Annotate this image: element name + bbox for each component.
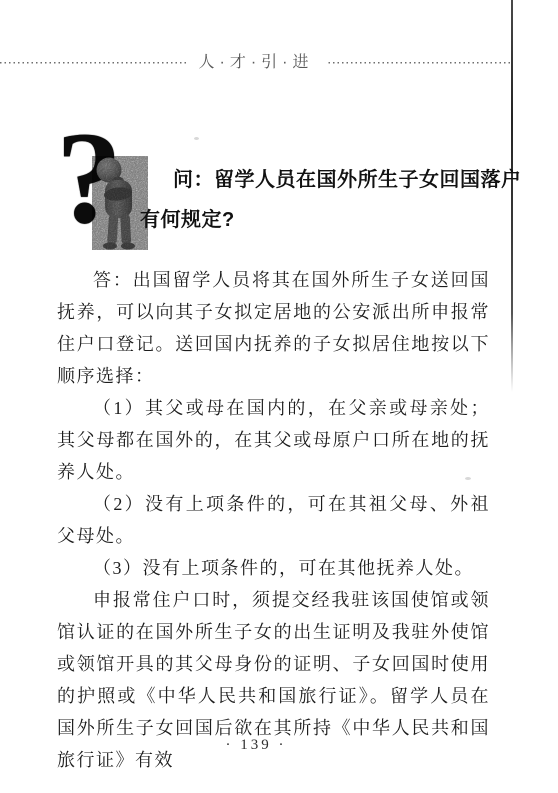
question-text-line-2: 有何规定? <box>140 200 522 240</box>
page-number: · 139 · <box>0 737 512 754</box>
chapter-running-title: 人·才·引·进 <box>187 53 326 72</box>
book-page: 人·才·引·进 ? <box>0 0 558 793</box>
question-text: 问：留学人员在国外所生子女回国落户 有何规定? <box>140 160 522 240</box>
answer-paragraph-item-3: （3）没有上项条件的，可在其他抚养人处。 <box>57 552 490 584</box>
question-text-line-1: 问：留学人员在国外所生子女回国落户 <box>140 160 522 200</box>
answer-paragraph-item-1: （1）其父或母在国内的，在父亲或母亲处；其父母都在国外的，在其父或母原户口所在地… <box>57 392 490 488</box>
scan-speck <box>194 137 199 140</box>
answer-text: 答：出国留学人员将其在国外所生子女送回国抚养，可以向其子女拟定居地的公安派出所申… <box>57 264 490 776</box>
answer-paragraph-item-2: （2）没有上项条件的，可在其祖父母、外祖父母处。 <box>57 488 490 552</box>
answer-paragraph-intro: 答：出国留学人员将其在国外所生子女送回国抚养，可以向其子女拟定居地的公安派出所申… <box>57 264 490 392</box>
scan-speck <box>465 477 471 480</box>
header-dotted-rule: 人·才·引·进 <box>0 53 512 72</box>
